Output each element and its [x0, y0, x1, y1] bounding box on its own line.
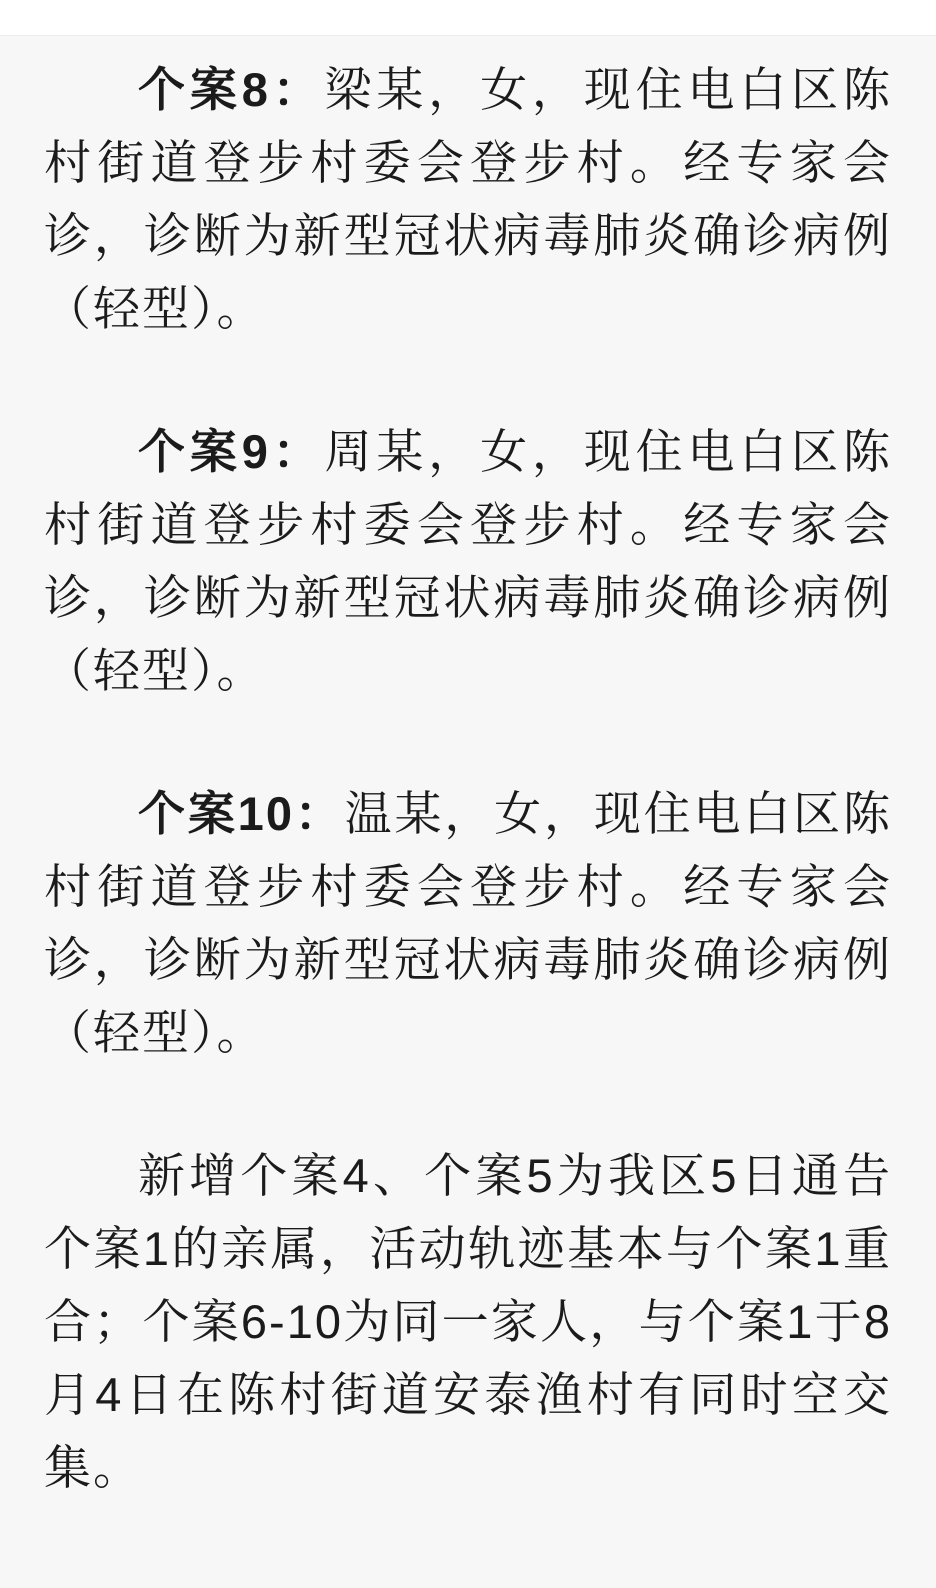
case-9-label: 个案9： [138, 425, 325, 478]
top-white-strip [0, 0, 936, 36]
case-8-label: 个案8： [138, 63, 325, 116]
paragraph-summary: 新增个案4、个案5为我区5日通告个案1的亲属，活动轨迹基本与个案1重合；个案6-… [44, 1139, 892, 1504]
summary-text: 新增个案4、个案5为我区5日通告个案1的亲属，活动轨迹基本与个案1重合；个案6-… [44, 1149, 892, 1494]
article-page: 个案8：梁某，女，现住电白区陈村街道登步村委会登步村。经专家会诊，诊断为新型冠状… [0, 0, 936, 1588]
paragraph-case-10: 个案10：温某，女，现住电白区陈村街道登步村委会登步村。经专家会诊，诊断为新型冠… [44, 777, 892, 1069]
case-10-label: 个案10： [138, 787, 345, 840]
paragraph-case-9: 个案9：周某，女，现住电白区陈村街道登步村委会登步村。经专家会诊，诊断为新型冠状… [44, 415, 892, 707]
article-body: 个案8：梁某，女，现住电白区陈村街道登步村委会登步村。经专家会诊，诊断为新型冠状… [0, 36, 936, 1504]
paragraph-case-8: 个案8：梁某，女，现住电白区陈村街道登步村委会登步村。经专家会诊，诊断为新型冠状… [44, 53, 892, 345]
